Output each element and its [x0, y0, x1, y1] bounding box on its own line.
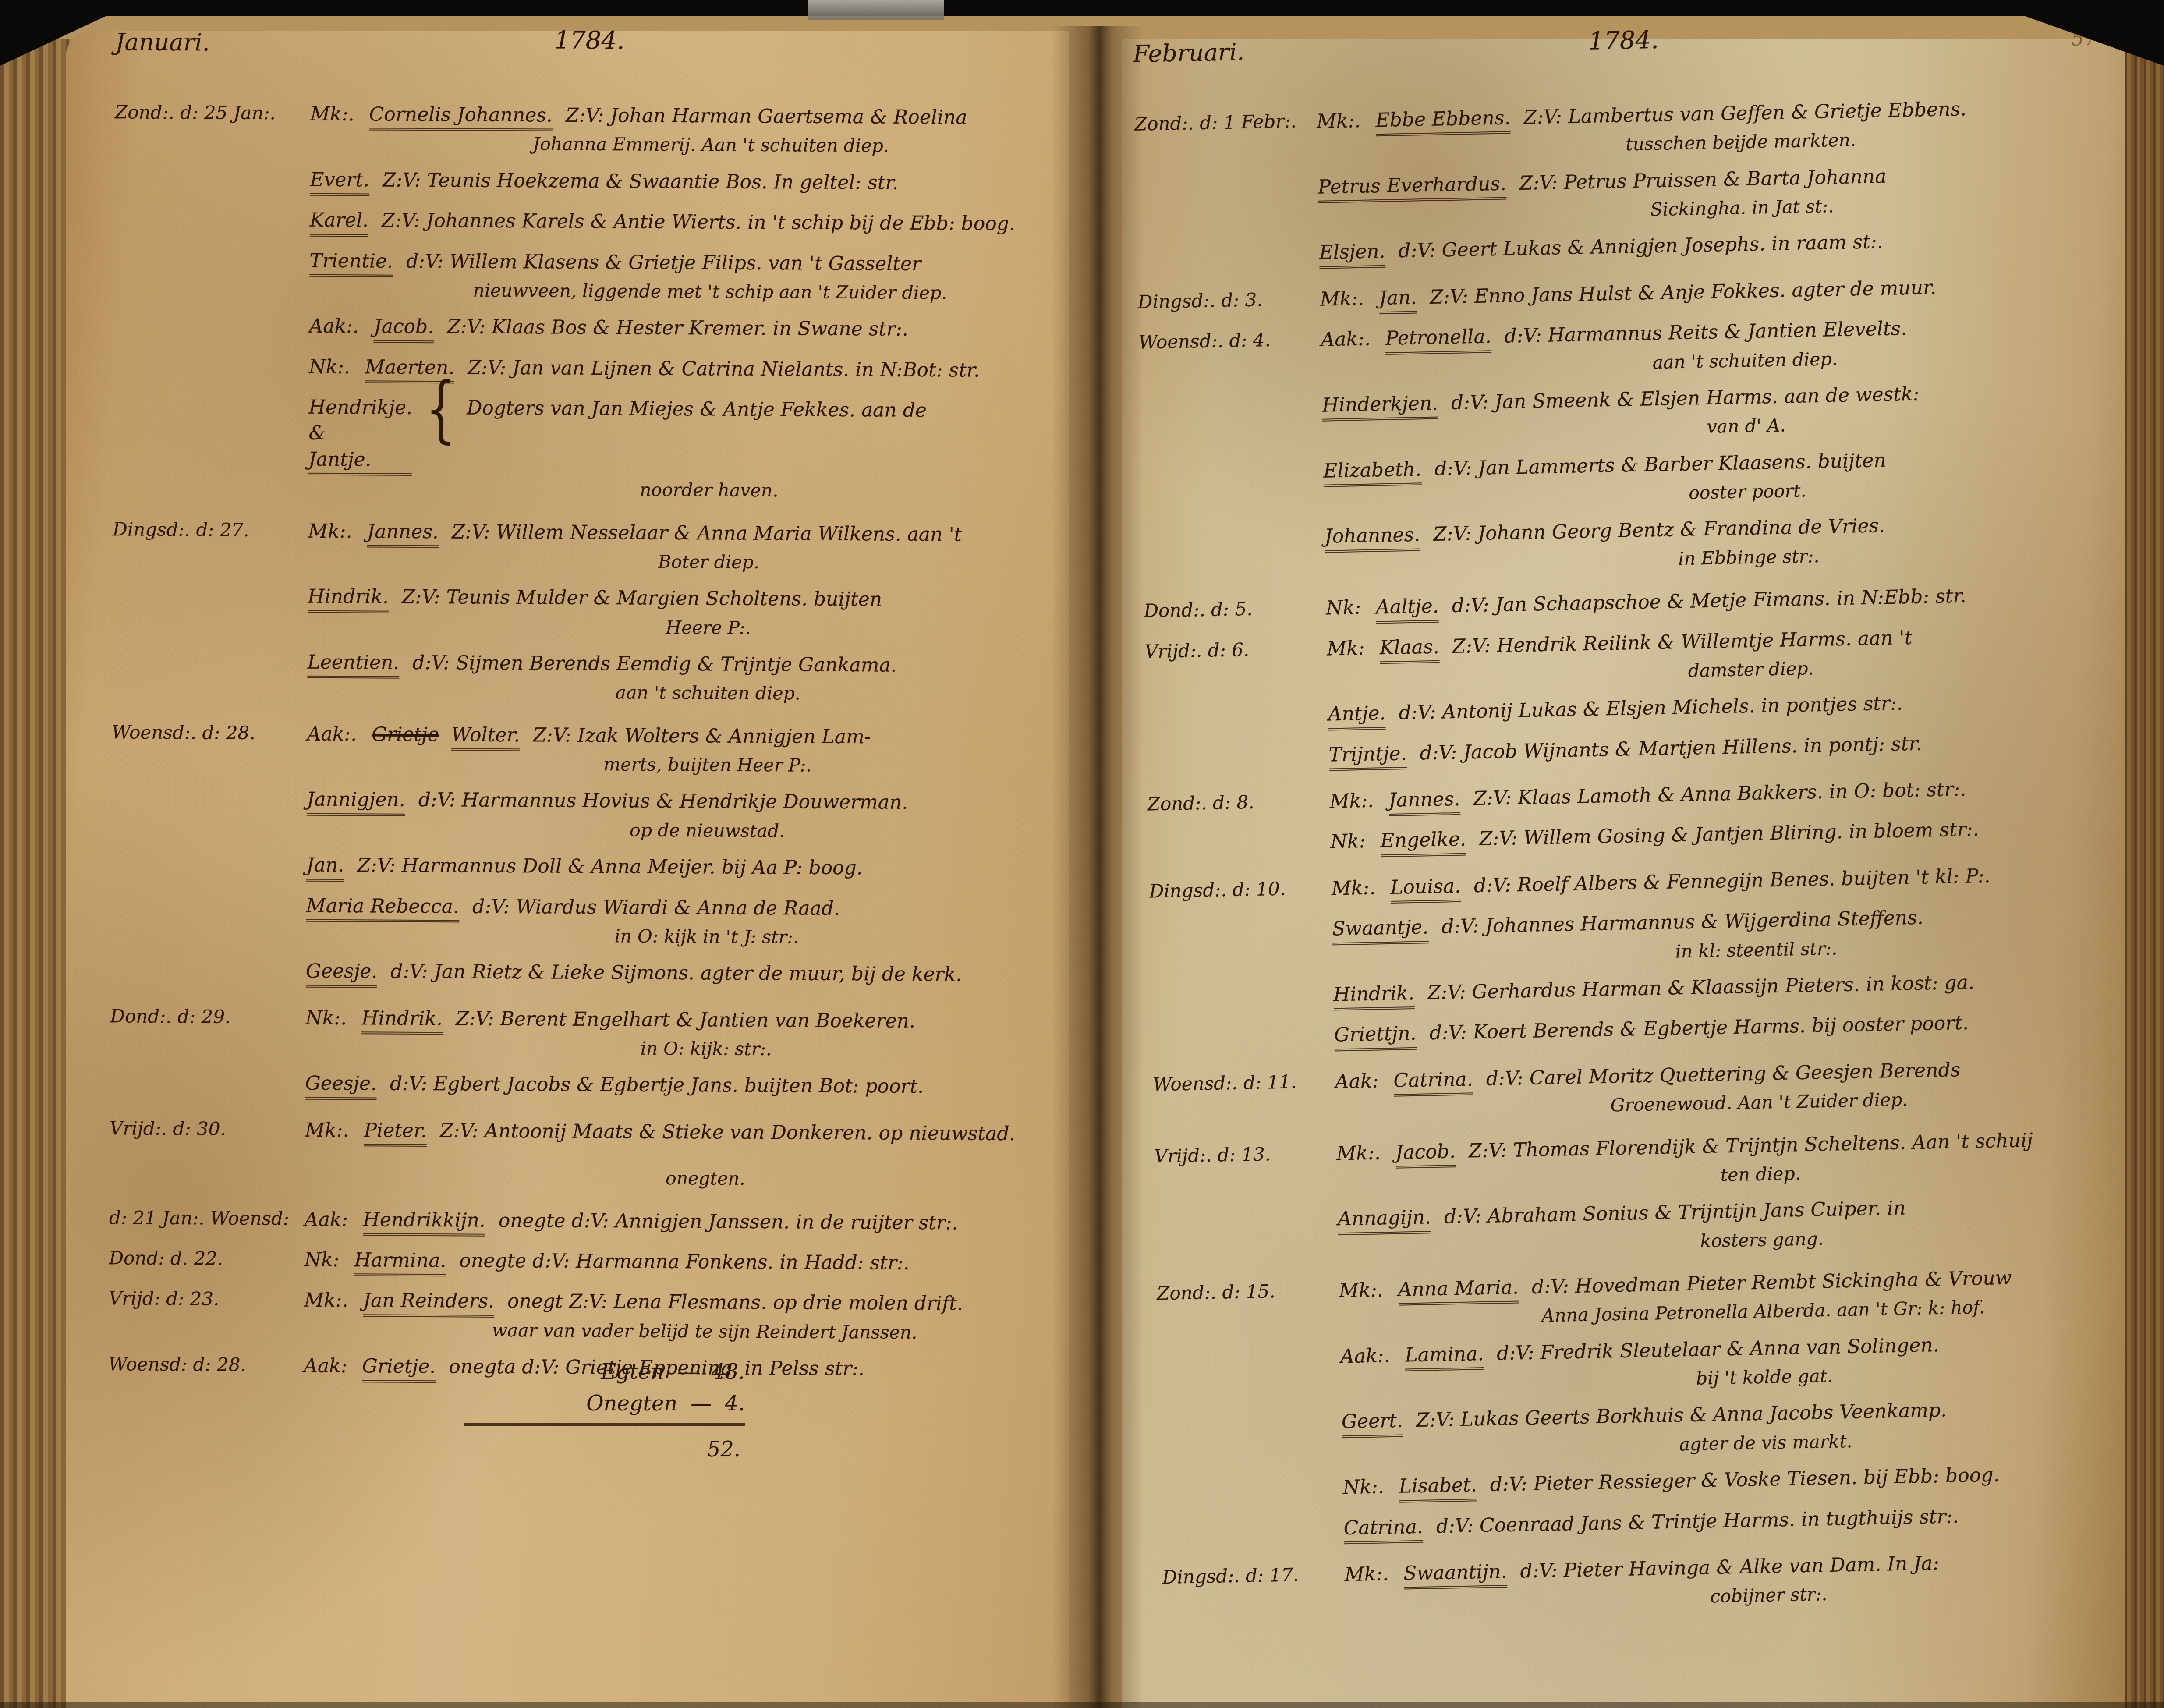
child-name: Catrina. [1393, 1066, 1473, 1097]
entry-continuation: ten diep. [1337, 1155, 2136, 1194]
church-abbreviation: Aak:. [307, 723, 357, 745]
child-name: Elsjen. [1319, 238, 1385, 269]
scanned-register-photo: Januari. 1784. Zond:. d: 25 Jan:. Mk:. C… [0, 0, 2164, 1708]
child-name: Jacob. [1395, 1138, 1456, 1169]
entry-date: Dingsd:. d: 3. [1137, 287, 1313, 319]
entry-main: Nk:. Lisabet. d:V: Pieter Ressieger & Vo… [1342, 1459, 2142, 1503]
church-abbreviation: Aak:. [1321, 328, 1371, 351]
child-name: Geert. [1341, 1408, 1403, 1438]
totals-onegten-dash: — [691, 1388, 712, 1419]
church-abbreviation: Nk: [304, 1249, 339, 1271]
child-name: Grietje. [362, 1353, 436, 1382]
entry-text: d:V: Roelf Albers & Fennegijn Benes. bui… [1474, 865, 1991, 897]
entry-date: Dond:. d: 5. [1144, 595, 1319, 628]
church-abbreviation: Mk:. [310, 103, 354, 126]
baptism-entry: Annagijn. d:V: Abraham Sonius & Trijntij… [1155, 1191, 2138, 1264]
church-abbreviation: Aak:. [1340, 1344, 1390, 1368]
church-abbreviation: Mk: [1327, 637, 1365, 660]
child-name: Johannes. [1325, 522, 1420, 553]
entry-text: d:V: Carel Moritz Quettering & Geesjen B… [1486, 1059, 1960, 1090]
baptism-entry: Vrijd:. d: 30. Mk:. Pieter. Z:V: Antooni… [110, 1116, 1058, 1150]
entry-date [1142, 524, 1318, 581]
entry-main: Hendrikje. & Jantje. { Dogters van Jan M… [308, 394, 1062, 505]
entry-main: Jannigjen. d:V: Harmannus Hovius & Hendr… [306, 787, 1060, 845]
entry-main: Mk:. Pieter. Z:V: Antoonij Maats & Stiek… [305, 1117, 1058, 1150]
child-name: Jannes. [367, 518, 439, 548]
entry-text: Z:V: Antoonij Maats & Stieke van Donkere… [440, 1120, 1016, 1145]
entry-date [1155, 1206, 1332, 1264]
entry-text: d:V: Pieter Ressieger & Voske Tiesen. bi… [1490, 1464, 1999, 1496]
entry-date [1145, 702, 1321, 734]
entry-date [112, 648, 301, 703]
entry-main: Hindrik. Z:V: Gerhardus Harman & Klaassi… [1333, 966, 2133, 1010]
baptism-entry: Antje. d:V: Antonij Lukas & Elsjen Miche… [1145, 686, 2127, 734]
left-page-header: Januari. 1784. [115, 28, 1064, 85]
child-name: Trientie. [309, 248, 393, 277]
child-name: Geesje. [305, 1070, 377, 1100]
baptism-entry: Dingsd:. d: 3. Mk:. Jan. Z:V: Enno Jans … [1137, 271, 2119, 319]
baptism-entry: Dond:. d: 5. Nk: Aaltje. d:V: Jan Schaap… [1144, 580, 2125, 628]
entry-date: Vrijd: d: 23. [108, 1286, 297, 1342]
child-name: Klaas. [1379, 634, 1439, 664]
child-name: Pieter. [364, 1117, 427, 1147]
entry-main: Nk:. Maerten. Z:V: Jan van Lijnen & Catr… [309, 354, 1062, 386]
child-name: Jannigjen. [307, 787, 405, 816]
child-name: Hindrik. [361, 1005, 443, 1035]
church-abbreviation: Nk: [1330, 830, 1366, 853]
entry-main: Petrus Everhardus. Z:V: Petrus Pruissen … [1318, 159, 2118, 229]
entry-main: Mk:. Jacob. Z:V: Thomas Florendijk & Tri… [1336, 1125, 2136, 1195]
entry-text: d:V: Sijmen Berends Eemdig & Trijntje Ga… [412, 652, 897, 677]
church-abbreviation: Mk:. [1320, 287, 1364, 311]
entry-main: Mk:. Jannes. Z:V: Willem Nesselaar & Ann… [308, 518, 1062, 576]
entry-text: d:V: Wiardus Wiardi & Anna de Raad. [472, 895, 840, 919]
entry-text: d:V: Harmannus Hovius & Hendrikje Douwer… [418, 789, 908, 814]
baptism-entry: Maria Rebecca. d:V: Wiardus Wiardi & Ann… [110, 892, 1059, 951]
entry-date: Vrijd:. d: 13. [1154, 1141, 1330, 1198]
child-name: Geesje. [306, 958, 378, 988]
entry-text: d:V: Jan Lammerts & Barber Klaasens. bui… [1434, 449, 1887, 480]
child-name: Jan Reinders. [363, 1288, 494, 1318]
entry-main: Nk: Engelke. Z:V: Willem Gosing & Jantje… [1330, 814, 2130, 858]
entry-date [110, 957, 299, 988]
entry-text: d:V: Coenraad Jans & Trintje Harms. in t… [1436, 1505, 1959, 1538]
baptism-entry: Woensd:. d: 11. Aak: Catrina. d:V: Carel… [1153, 1053, 2135, 1127]
entry-date: Woensd:. d: 4. [1138, 327, 1314, 384]
child-name: Wolter. [451, 722, 520, 751]
entry-text: d:V: Egbert Jacobs & Egbertje Jans. buij… [390, 1073, 924, 1098]
entry-main: Aak:. Lamina. d:V: Fredrik Sleutelaar & … [1340, 1328, 2140, 1398]
baptism-entry: Aak:. Lamina. d:V: Fredrik Sleutelaar & … [1158, 1328, 2140, 1401]
church-abbreviation: Aak: [1335, 1070, 1379, 1093]
entry-date [110, 892, 299, 947]
entry-date [111, 786, 300, 841]
child-name: Antje. [1328, 700, 1386, 730]
entry-text: onegt Z:V: Lena Flesmans. op drie molen … [507, 1290, 963, 1315]
entry-date [1161, 1515, 1337, 1548]
entry-text: d:V: Fredrik Sleutelaar & Anna van Solin… [1497, 1334, 1939, 1364]
church-abbreviation: Nk:. [309, 355, 350, 378]
child-name: Karel. [310, 207, 369, 237]
baptism-entry: Zond:. d: 1 Febr:. Mk:. Ebbe Ebbens. Z:V… [1134, 93, 2117, 167]
child-name: Engelke. [1380, 826, 1466, 857]
entry-main: Nk: Aaltje. d:V: Jan Schaapschoe & Metje… [1326, 580, 2125, 624]
baptism-entry: Geesje. d:V: Jan Rietz & Lieke Sijmons. … [110, 957, 1059, 992]
baptism-entry: Dond:. d: 29. Nk:. Hindrik. Z:V: Berent … [110, 1004, 1059, 1063]
entry-main: Mk:. Ebbe Ebbens. Z:V: Lambertus van Gef… [1316, 93, 2116, 163]
entry-text: Z:V: Willem Nesselaar & Anna Maria Wilke… [452, 521, 962, 546]
baptism-entry: Aak:. Jacob. Z:V: Klaas Bos & Hester Kre… [113, 312, 1062, 347]
child-name: Hendrikkijn. [363, 1207, 485, 1237]
child-name: Cornelis Johannes. [369, 101, 553, 131]
entry-main: Johannes. Z:V: Johann Georg Bentz & Fran… [1325, 508, 2125, 578]
entry-main: Trijntje. d:V: Jacob Wijnants & Martjen … [1328, 726, 2128, 771]
entry-date [1146, 742, 1322, 775]
entry-text: Z:V: Johannes Karels & Antie Wierts. in … [382, 209, 1015, 235]
entry-date: Zond:. d: 8. [1147, 789, 1323, 821]
church-abbreviation: Mk:. [304, 1289, 348, 1312]
baptism-entries-january: Zond:. d: 25 Jan:. Mk:. Cornelis Johanne… [108, 100, 1063, 1386]
entry-text: Z:V: Harmannus Doll & Anna Meijer. bij A… [357, 854, 863, 879]
entry-text: Z:V: Lambertus van Geffen & Grietje Ebbe… [1523, 98, 1967, 128]
entry-main: Aak: Hendrikkijn. onegte d:V: Annigjen J… [305, 1206, 1058, 1239]
brace-glyph: { [425, 391, 456, 427]
child-name: Swaantje. [1332, 914, 1429, 946]
baptism-entry: Elsjen. d:V: Geert Lukas & Annigjen Jose… [1137, 224, 2118, 272]
baptism-entry: Dingsd:. d: 10. Mk:. Louisa. d:V: Roelf … [1149, 860, 2131, 908]
entry-text: Z:V: Teunis Mulder & Margien Scholtens. … [402, 586, 882, 611]
struck-name: Grietje [372, 723, 439, 746]
baptism-entry: Hindrik. Z:V: Teunis Mulder & Margien Sc… [112, 583, 1061, 642]
entry-text: d:V: Koert Berends & Egbertje Harms. bij… [1429, 1012, 1969, 1045]
entry-date [1151, 982, 1327, 1014]
child-name: Jannes. [1388, 786, 1460, 817]
totals-legitimate: Egten — 48. [464, 1356, 745, 1388]
child-name: Ebbe Ebbens. [1375, 105, 1511, 136]
totals-onegten-label: Onegten [586, 1388, 677, 1419]
baptism-entry: Hindrik. Z:V: Gerhardus Harman & Klaassi… [1151, 966, 2133, 1014]
baptism-entry: Leentien. d:V: Sijmen Berends Eemdig & T… [112, 648, 1061, 707]
entry-main: Elizabeth. d:V: Jan Lammerts & Barber Kl… [1323, 443, 2123, 512]
totals-egten-label: Egten [601, 1356, 664, 1388]
entry-continuation: Heere P:. [308, 613, 1061, 641]
entry-main: Catrina. d:V: Coenraad Jans & Trintje Ha… [1343, 1500, 2143, 1544]
baptism-entry: Trijntje. d:V: Jacob Wijnants & Martjen … [1146, 726, 2128, 774]
entry-continuation: noorder haven. [308, 476, 1062, 504]
child-name: Maria Rebecca. [306, 893, 459, 922]
entry-date [112, 583, 301, 638]
entry-date: Zond:. d: 25 Jan:. [115, 100, 304, 155]
book-gutter [1052, 26, 1144, 1708]
church-abbreviation: Mk:. [305, 1119, 349, 1142]
entry-date: Vrijd:. d: 30. [110, 1116, 298, 1146]
entry-text: Z:V: Willem Gosing & Jantjen Bliring. in… [1479, 819, 1979, 850]
church-abbreviation: Mk:. [308, 520, 352, 542]
baptism-entry: Hendrikje. & Jantje. { Dogters van Jan M… [113, 393, 1062, 504]
entry-date [113, 312, 302, 343]
church-abbreviation: Nk:. [305, 1006, 347, 1029]
baptism-entry: Zond:. d: 15. Mk:. Anna Maria. d:V: Hove… [1157, 1262, 2139, 1336]
entry-main: Aak:. Jacob. Z:V: Klaas Bos & Hester Kre… [309, 313, 1062, 346]
baptism-entry: Catrina. d:V: Coenraad Jans & Trintje Ha… [1161, 1500, 2143, 1548]
baptism-entry: Petrus Everhardus. Z:V: Petrus Pruissen … [1135, 159, 2118, 232]
entry-main: Elsjen. d:V: Geert Lukas & Annigjen Jose… [1319, 224, 2118, 269]
baptism-entry: Hinderkjen. d:V: Jan Smeenk & Elsjen Har… [1140, 377, 2122, 450]
entry-date: Zond:. d: 1 Febr:. [1134, 109, 1310, 166]
entry-main: Nk:. Hindrik. Z:V: Berent Engelhart & Ja… [305, 1005, 1059, 1063]
child-name: Annagijn. [1338, 1205, 1431, 1235]
entry-text: Dogters van Jan Miejes & Antje Fekkes. a… [467, 397, 927, 422]
entry-date [111, 851, 299, 882]
baptism-entry: Dingsd:. d: 17. Mk:. Swaantijn. d:V: Pie… [1162, 1546, 2144, 1619]
entry-main: Griettjn. d:V: Koert Berends & Egbertje … [1334, 1007, 2133, 1051]
entry-main: Maria Rebecca. d:V: Wiardus Wiardi & Ann… [306, 893, 1059, 951]
year-label-left: 1784. [115, 24, 1064, 57]
church-abbreviation: Nk:. [1342, 1476, 1384, 1499]
entry-text: Z:V: Lukas Geerts Borkhuis & Anna Jacobs… [1416, 1399, 1947, 1432]
entry-main: Trientie. d:V: Willem Klasens & Grietje … [309, 248, 1063, 306]
entry-main: Hindrik. Z:V: Teunis Mulder & Margien Sc… [308, 584, 1061, 642]
entry-continuation: waar van vader belijd te sijn Reindert J… [304, 1317, 1057, 1345]
entry-continuation: Boter diep. [308, 548, 1061, 576]
entry-date: Vrijd:. d: 6. [1144, 636, 1321, 693]
entry-main: Mk:. Jan Reinders. onegt Z:V: Lena Flesm… [304, 1287, 1057, 1346]
entry-date: Woensd:. d: 28. [111, 720, 300, 775]
entry-date [1148, 829, 1324, 861]
entry-text: d:V: Jacob Wijnants & Martjen Hillens. i… [1420, 732, 1922, 764]
entry-text: d:V: Johannes Harmannus & Wijgerdina Ste… [1441, 907, 1923, 938]
child-name: Jan. [306, 852, 344, 882]
child-name: Griettjn. [1334, 1021, 1417, 1051]
entry-date [1158, 1343, 1334, 1401]
child-name: Petronella. [1385, 324, 1491, 355]
baptism-entry: Trientie. d:V: Willem Klasens & Grietje … [114, 247, 1063, 306]
entry-continuation: in O: kijk: str:. [305, 1035, 1059, 1063]
totals-sum: 52. [464, 1434, 745, 1465]
baptism-entry: Jan. Z:V: Harmannus Doll & Anna Meijer. … [111, 851, 1059, 886]
child-name: Petrus Everhardus. [1318, 170, 1506, 203]
entry-main: Karel. Z:V: Johannes Karels & Antie Wier… [310, 207, 1063, 240]
entry-main: onegten. [305, 1164, 1058, 1193]
entry-main: Geesje. d:V: Jan Rietz & Lieke Sijmons. … [306, 958, 1059, 991]
entry-main: Nk: Harmina. onegte d:V: Harmanna Fonken… [304, 1247, 1057, 1280]
right-page: Februari. 1784. 57 Zond:. d: 1 Febr:. Mk… [1133, 21, 2144, 1631]
entry-continuation: merts, buijten Heer P:. [307, 751, 1060, 779]
entry-date [113, 353, 302, 383]
entry-continuation: van d' A. [1322, 407, 2122, 446]
baptism-entry: Nk: Engelke. Z:V: Willem Gosing & Jantje… [1148, 814, 2130, 861]
entry-date: Zond:. d: 15. [1157, 1278, 1333, 1336]
baptism-entry: Karel. Z:V: Johannes Karels & Antie Wier… [114, 206, 1063, 240]
entry-text: Z:V: Jan van Lijnen & Catrina Nielants. … [468, 356, 980, 381]
church-abbreviation: Mk:. [1317, 110, 1361, 133]
entry-date [1150, 916, 1326, 974]
baptism-entry: Vrijd:. d: 13. Mk:. Jacob. Z:V: Thomas F… [1154, 1125, 2136, 1198]
totals-onegten-value: 4. [725, 1388, 745, 1419]
baptism-entry: Vrijd: d: 23. Mk:. Jan Reinders. onegt Z… [108, 1286, 1057, 1346]
baptism-entry: Nk:. Maerten. Z:V: Jan van Lijnen & Catr… [113, 353, 1062, 387]
baptism-entry: onegten. [109, 1163, 1058, 1193]
baptism-entry: Geesje. d:V: Egbert Jacobs & Egbertje Ja… [110, 1070, 1058, 1104]
entry-date: Woensd: d: 28. [108, 1352, 297, 1382]
entry-continuation: Johanna Emmerij. Aan 't schuiten diep. [310, 131, 1063, 159]
child-name: Hendrikje. & Jantje. [308, 394, 412, 476]
entry-text: d:V: Geert Lukas & Annigjen Josephs. in … [1398, 231, 1883, 262]
entry-text: d:V: Antonij Lukas & Elsjen Michels. in … [1399, 692, 1903, 724]
baptism-entry: Woensd:. d: 4. Aak:. Petronella. d:V: Ha… [1138, 312, 2121, 385]
baptism-entry: Dond: d. 22. Nk: Harmina. onegte d:V: Ha… [109, 1246, 1057, 1280]
entry-main: Mk: Klaas. Z:V: Hendrik Reilink & Willem… [1327, 620, 2127, 690]
child-name: Evert. [310, 167, 369, 196]
child-name: Leentien. [307, 649, 399, 679]
church-abbreviation: Aak:. [309, 315, 359, 338]
church-abbreviation: Mk:. [1331, 876, 1375, 900]
entry-text: Z:V: Thomas Florendijk & Trijntjn Schelt… [1468, 1129, 2033, 1162]
entry-text: Z:V: Teunis Hoekzema & Swaantie Bos. In … [383, 169, 899, 194]
left-page: Januari. 1784. Zond:. d: 25 Jan:. Mk:. C… [108, 28, 1064, 1397]
baptism-entry: Johannes. Z:V: Johann Georg Bentz & Fran… [1142, 508, 2125, 581]
baptism-entry: d: 21 Jan:. Woensd: Aak: Hendrikkijn. on… [109, 1205, 1058, 1240]
entry-main: Aak:. Grietje Wolter. Z:V: Izak Wolters … [307, 721, 1060, 779]
totals-egten-value: 48. [712, 1356, 745, 1388]
church-abbreviation: Mk:. [1329, 790, 1374, 813]
entry-main: Mk:. Jannes. Z:V: Klaas Lamoth & Anna Ba… [1329, 773, 2129, 818]
child-name: Harmina. [354, 1247, 446, 1276]
entry-text: Z:V: Johann Georg Bentz & Frandina de Vr… [1433, 515, 1885, 546]
binding-tab [808, 0, 944, 20]
entry-date [1152, 1022, 1328, 1055]
entry-date: d: 21 Jan:. Woensd: [109, 1205, 298, 1236]
entry-date: Dond:. d: 29. [110, 1004, 299, 1059]
baptism-entry: Elizabeth. d:V: Jan Lammerts & Barber Kl… [1141, 443, 2123, 516]
child-name: Lisabet. [1399, 1472, 1477, 1503]
entry-main: Aak: Catrina. d:V: Carel Moritz Quetteri… [1335, 1053, 2135, 1123]
entry-main: Jan. Z:V: Harmannus Doll & Anna Meijer. … [306, 852, 1059, 885]
entry-text: Z:V: Berent Engelhart & Jantien van Boek… [456, 1007, 915, 1032]
church-abbreviation: Mk:. [1336, 1141, 1381, 1165]
entry-date [109, 1163, 298, 1189]
entry-continuation: op de nieuwstad. [306, 817, 1059, 845]
child-name: Catrina. [1343, 1513, 1423, 1544]
baptism-entry: Dingsd:. d: 27. Mk:. Jannes. Z:V: Willem… [113, 517, 1062, 576]
entry-main: Leentien. d:V: Sijmen Berends Eemdig & T… [307, 649, 1061, 708]
entry-continuation: nieuwveen, liggende met 't schip aan 't … [309, 278, 1063, 306]
child-name: Jan. [1379, 284, 1417, 314]
baptism-entry: Nk:. Lisabet. d:V: Pieter Ressieger & Vo… [1160, 1459, 2142, 1507]
child-name: Aaltje. [1376, 593, 1439, 624]
baptism-entry: Vrijd:. d: 6. Mk: Klaas. Z:V: Hendrik Re… [1144, 620, 2127, 694]
child-name: Hindrik. [1333, 980, 1415, 1011]
totals-illegitimate: Onegten — 4. [464, 1388, 745, 1426]
entry-date: Dingsd:. d: 27. [113, 517, 301, 572]
baptism-entry: Zond:. d: 25 Jan:. Mk:. Cornelis Johanne… [115, 100, 1064, 159]
entry-text: d:V: Willem Klasens & Grietje Filips. va… [406, 250, 921, 275]
church-abbreviation: Aak: [305, 1208, 348, 1231]
entry-text: Z:V: Klaas Lamoth & Anna Bakkers. in O: … [1473, 778, 1966, 810]
entry-date: Dingsd:. d: 10. [1149, 876, 1325, 908]
entry-text: d:V: Jan Schaapschoe & Metje Fimans. in … [1452, 585, 1966, 617]
entry-text: Z:V: Hendrik Reilink & Willemtje Harms. … [1452, 627, 1913, 658]
entry-text: d:V: Harmannus Reits & Jantien Elevelts. [1504, 317, 1907, 347]
baptism-entry: Swaantje. d:V: Johannes Harmannus & Wijg… [1150, 901, 2132, 974]
child-name: Hinderkjen. [1322, 390, 1438, 422]
entry-date [1160, 1475, 1336, 1507]
left-page-stack-edge [0, 39, 74, 1708]
entry-main: Aak:. Petronella. d:V: Harmannus Reits &… [1321, 312, 2121, 381]
child-name: Hindrik. [308, 584, 389, 613]
child-name: Jacob. [374, 314, 434, 343]
entry-continuation: damster diep. [1327, 651, 2127, 690]
entry-text: Z:V: Johan Harman Gaertsema & Roelina [566, 104, 967, 129]
child-name: Elizabeth. [1323, 456, 1422, 487]
entry-text: Z:V: Klaas Bos & Hester Kremer. in Swane… [447, 316, 908, 341]
entry-date: Dond: d. 22. [109, 1246, 297, 1276]
entry-date [114, 166, 303, 196]
entry-date [1135, 174, 1311, 232]
entry-text: d:V: Abraham Sonius & Trijntijn Jans Cui… [1444, 1197, 1905, 1228]
church-abbreviation: Mk:. [1339, 1279, 1383, 1302]
entry-main: Mk:. Louisa. d:V: Roelf Albers & Fennegi… [1331, 860, 2131, 904]
baptism-entry: Zond:. d: 8. Mk:. Jannes. Z:V: Klaas Lam… [1147, 773, 2129, 821]
entry-text: Z:V: Enno Jans Hulst & Anje Fokkes. agte… [1430, 276, 1937, 308]
entry-date [1140, 393, 1316, 450]
entry-text: Z:V: Petrus Pruissen & Barta Johanna [1519, 165, 1887, 195]
scan-top-shadow [0, 0, 2164, 16]
entry-main: Geesje. d:V: Egbert Jacobs & Egbertje Ja… [305, 1070, 1058, 1103]
baptism-entries-february: Zond:. d: 1 Febr:. Mk:. Ebbe Ebbens. Z:V… [1134, 93, 2145, 1619]
entry-text: onegte d:V: Annigjen Janssen. in de ruij… [499, 1209, 958, 1234]
entry-text: d:V: Pieter Havinga & Alke van Dam. In J… [1520, 1552, 1939, 1582]
entry-main: Mk:. Jan. Z:V: Enno Jans Hulst & Anje Fo… [1320, 271, 2119, 315]
entry-main: Mk:. Swaantijn. d:V: Pieter Havinga & Al… [1344, 1546, 2144, 1616]
church-abbreviation: Aak: [304, 1355, 347, 1378]
entry-main: Geert. Z:V: Lukas Geerts Borkhuis & Anna… [1341, 1394, 2141, 1463]
entry-main: Mk:. Cornelis Johannes. Z:V: Johan Harma… [310, 101, 1064, 159]
entry-continuation: aan 't schuiten diep. [307, 679, 1060, 707]
child-name: Trijntje. [1328, 741, 1407, 771]
child-name: Lamina. [1405, 1341, 1484, 1371]
entry-date [1141, 458, 1317, 516]
entry-date [1159, 1409, 1335, 1467]
entry-date [114, 206, 303, 236]
entry-text: d:V: Jan Smeenk & Elsjen Harms. aan de w… [1451, 383, 1920, 415]
child-name: Anna Maria. [1398, 1274, 1519, 1306]
entry-date: Dingsd:. d: 17. [1162, 1562, 1338, 1619]
totals-block: Egten — 48. Onegten — 4. 52. [464, 1356, 745, 1465]
church-abbreviation: Mk:. [1344, 1563, 1388, 1586]
entry-date [113, 393, 302, 500]
entry-continuation: in O: kijk in 't J: str:. [306, 923, 1059, 951]
baptism-entry: Evert. Z:V: Teunis Hoekzema & Swaantie B… [114, 166, 1063, 200]
entry-main: Hinderkjen. d:V: Jan Smeenk & Elsjen Har… [1322, 377, 2122, 447]
entry-text: d:V: Hovedman Pieter Rembt Sickingha & V… [1531, 1267, 2012, 1298]
entry-main: Evert. Z:V: Teunis Hoekzema & Swaantie B… [310, 167, 1063, 199]
entry-continuation: onegten. [305, 1165, 1058, 1193]
entry-date [110, 1070, 298, 1100]
baptism-entry: Woensd:. d: 28. Aak:. Grietje Wolter. Z:… [111, 720, 1060, 779]
entry-main: Annagijn. d:V: Abraham Sonius & Trijntij… [1338, 1191, 2138, 1261]
entry-date [1137, 240, 1312, 273]
totals-egten-dash: — [677, 1356, 698, 1388]
baptism-entry: Jannigjen. d:V: Harmannus Hovius & Hendr… [111, 786, 1060, 845]
entry-date [114, 247, 303, 302]
entry-main: Mk:. Anna Maria. d:V: Hovedman Pieter Re… [1339, 1262, 2139, 1332]
entry-text: Z:V: Gerhardus Harman & Klaassijn Pieter… [1427, 971, 1974, 1004]
church-abbreviation: Nk: [1326, 596, 1361, 620]
entry-date: Woensd:. d: 11. [1153, 1069, 1329, 1127]
baptism-entry: Griettjn. d:V: Koert Berends & Egbertje … [1152, 1007, 2134, 1055]
baptism-entry: Geert. Z:V: Lukas Geerts Borkhuis & Anna… [1159, 1394, 2141, 1467]
